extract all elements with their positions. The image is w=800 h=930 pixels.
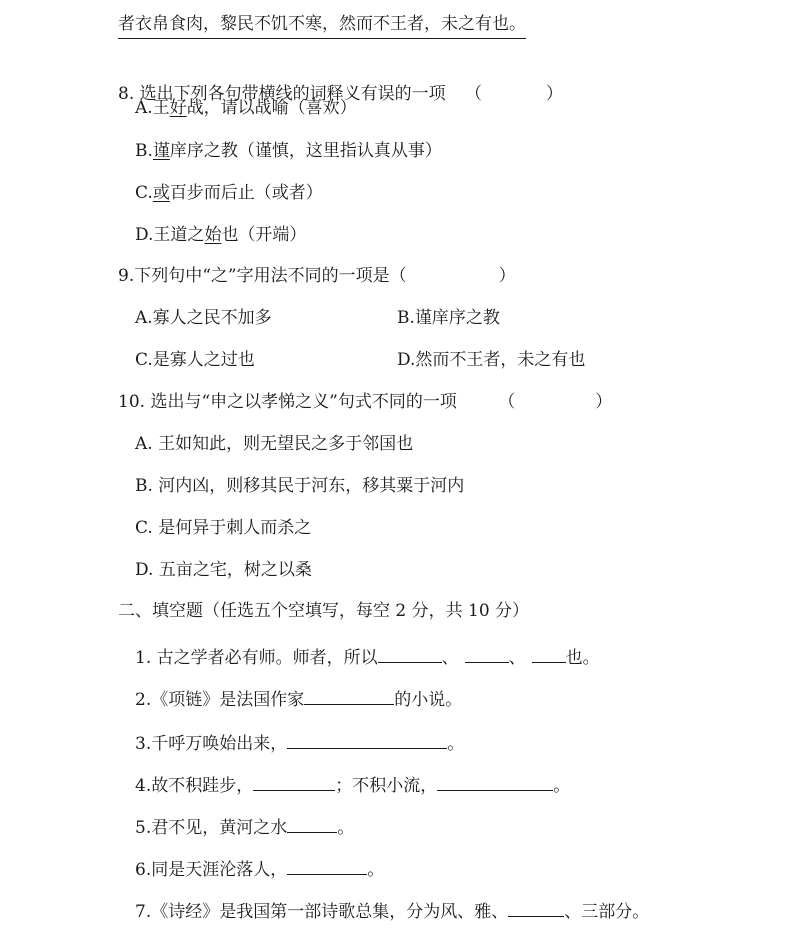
blank-field[interactable] [287, 814, 337, 833]
q9-option-c: C.是寡人之过也 [135, 348, 255, 372]
option-prefix: A.王 [135, 98, 170, 118]
blank-field[interactable] [287, 730, 447, 749]
blank-field[interactable] [304, 686, 394, 705]
option-prefix: B. [135, 141, 153, 161]
item-end: 的小说。 [394, 690, 462, 710]
section-2-title: 二、填空题（任选五个空填写，每空 2 分，共 10 分） [118, 599, 529, 623]
underlined-word: 始 [204, 225, 221, 245]
q10-stem-text: 10. 选出与“申之以孝悌之义”句式不同的一项 [118, 392, 457, 412]
blank-field[interactable] [508, 898, 564, 917]
underlined-word: 好 [170, 98, 187, 118]
q8-option-c: C.或百步而后止（或者） [135, 181, 323, 205]
item-end: 、三部分。 [564, 902, 649, 922]
option-prefix: C. [135, 183, 153, 203]
item-text: 7.《诗经》是我国第一部诗歌总集，分为风、雅、 [135, 902, 508, 922]
q9-option-b: B.谨庠序之教 [397, 306, 500, 330]
q10-option-c: C. 是何异于刺人而杀之 [135, 516, 311, 540]
blank-field[interactable] [465, 644, 509, 663]
item-text: 6.同是天涯沦落人， [135, 860, 287, 880]
passage-text: 者衣帛食肉，黎民不饥不寒，然而不王者，未之有也。 [118, 14, 526, 34]
separator: 、 [509, 648, 526, 668]
separator: 、 [442, 648, 459, 668]
item-end: 。 [337, 818, 354, 838]
item-end: 。 [447, 734, 464, 754]
blank-field[interactable] [532, 644, 566, 663]
q9-option-a: A.寡人之民不加多 [135, 306, 272, 330]
item-text: 5.君不见，黄河之水 [135, 818, 287, 838]
fill-item-3: 3.千呼万唤始出来，。 [135, 730, 464, 754]
q8-option-b: B.谨庠序之教（谨慎，这里指认真从事） [135, 139, 442, 163]
option-rest: 庠序之教（谨慎，这里指认真从事） [170, 141, 442, 161]
q8-option-d: D.王道之始也（开端） [135, 223, 306, 247]
q9-paren-close: ） [499, 266, 516, 286]
passage-continuation: 者衣帛食肉，黎民不饥不寒，然而不王者，未之有也。 [118, 12, 526, 39]
q9-option-d: D.然而不王者，未之有也 [397, 348, 585, 372]
q10-option-a: A. 王如知此，则无望民之多于邻国也 [135, 432, 413, 456]
option-rest: 也（开端） [221, 225, 306, 245]
q10-option-d: D. 五亩之宅，树之以桑 [135, 558, 312, 582]
fill-item-7: 7.《诗经》是我国第一部诗歌总集，分为风、雅、、三部分。 [135, 898, 649, 922]
q8-paren-open: （ [465, 84, 482, 104]
q10-stem: 10. 选出与“申之以孝悌之义”句式不同的一项 （） [118, 390, 612, 414]
blank-field[interactable] [253, 772, 335, 791]
blank-field[interactable] [287, 856, 367, 875]
item-text: 3.千呼万唤始出来， [135, 734, 287, 754]
fill-item-6: 6.同是天涯沦落人，。 [135, 856, 384, 880]
q10-paren-open: （ [498, 392, 515, 412]
fill-item-2: 2.《项链》是法国作家的小说。 [135, 686, 462, 710]
item-text: 2.《项链》是法国作家 [135, 690, 304, 710]
item-mid: ；不积小流， [335, 776, 437, 796]
option-rest: 战，请以战喻（喜欢） [187, 98, 357, 118]
fill-item-4: 4.故不积跬步，；不积小流，。 [135, 772, 570, 796]
blank-field[interactable] [437, 772, 553, 791]
fill-item-5: 5.君不见，黄河之水。 [135, 814, 354, 838]
q8-option-a: A.王好战，请以战喻（喜欢） [135, 96, 357, 120]
item-end: 。 [553, 776, 570, 796]
blank-field[interactable] [378, 644, 442, 663]
option-rest: 百步而后止（或者） [170, 183, 323, 203]
q9-stem-text: 9.下列句中“之”字用法不同的一项是（ [118, 266, 407, 286]
item-text: 1. 古之学者必有师。师者，所以 [135, 648, 378, 668]
item-end: 也。 [566, 648, 600, 668]
q10-option-b: B. 河内凶，则移其民于河东，移其粟于河内 [135, 474, 464, 498]
fill-item-1: 1. 古之学者必有师。师者，所以、、也。 [135, 644, 600, 668]
underlined-word: 或 [153, 183, 170, 203]
item-end: 。 [367, 860, 384, 880]
item-text: 4.故不积跬步， [135, 776, 253, 796]
q8-paren-close: ） [546, 84, 563, 104]
option-prefix: D.王道之 [135, 225, 204, 245]
q10-paren-close: ） [595, 392, 612, 412]
underlined-word: 谨 [153, 141, 170, 161]
q9-stem: 9.下列句中“之”字用法不同的一项是（） [118, 264, 516, 288]
